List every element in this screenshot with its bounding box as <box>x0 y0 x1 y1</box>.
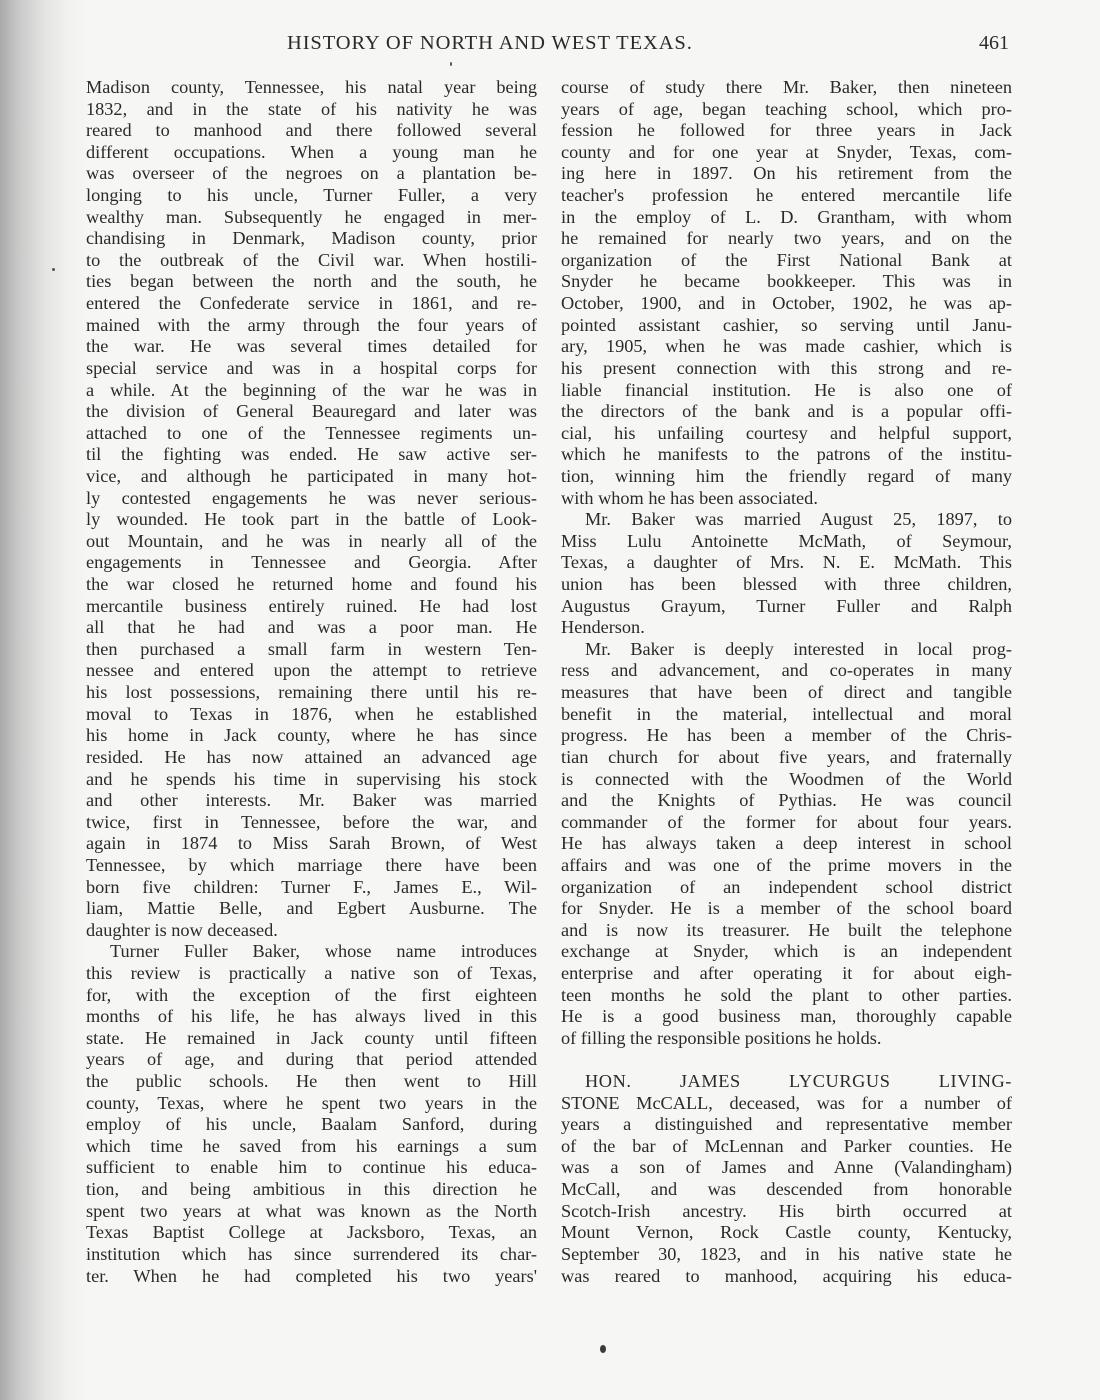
text-line: union has been blessed with three childr… <box>561 574 1012 596</box>
text-line: progress. He has been a member of the Ch… <box>561 725 1012 747</box>
text-line: vice, and although he participated in ma… <box>86 466 537 488</box>
running-header: HISTORY OF NORTH AND WEST TEXAS. 461 <box>0 30 1100 60</box>
text-line: the directors of the bank and is a popul… <box>561 401 1012 423</box>
text-line: entered the Confederate service in 1861,… <box>86 293 537 315</box>
text-line: his present connection with this strong … <box>561 358 1012 380</box>
text-line: the public schools. He then went to Hill <box>86 1071 537 1093</box>
text-line: of filling the responsible positions he … <box>561 1028 1012 1050</box>
text-line: years of age, began teaching school, whi… <box>561 99 1012 121</box>
left-column: Madison county, Tennessee, his natal yea… <box>86 77 537 1287</box>
text-line: was overseer of the negroes on a plantat… <box>86 163 537 185</box>
text-line: chandising in Denmark, Madison county, p… <box>86 228 537 250</box>
scan-edge-shadow <box>0 0 90 1400</box>
text-line: liable financial institution. He is also… <box>561 380 1012 402</box>
text-line: course of study there Mr. Baker, then ni… <box>561 77 1012 99</box>
text-line: pointed assistant cashier, so serving un… <box>561 315 1012 337</box>
text-line: Snyder he became bookkeeper. This was in <box>561 271 1012 293</box>
text-line: county and for one year at Snyder, Texas… <box>561 142 1012 164</box>
text-line: a while. At the beginning of the war he … <box>86 380 537 402</box>
text-line: October, 1900, and in October, 1902, he … <box>561 293 1012 315</box>
text-line: affairs and was one of the prime movers … <box>561 855 1012 877</box>
text-line: ress and advancement, and co-operates in… <box>561 660 1012 682</box>
text-line: again in 1874 to Miss Sarah Brown, of We… <box>86 833 537 855</box>
text-line: special service and was in a hospital co… <box>86 358 537 380</box>
text-line: ter. When he had completed his two years… <box>86 1266 537 1288</box>
scan-speck <box>52 268 55 271</box>
text-line: attached to one of the Tennessee regimen… <box>86 423 537 445</box>
text-line: STONE McCALL, deceased, was for a number… <box>561 1093 1012 1115</box>
text-line: years a distinguished and representative… <box>561 1114 1012 1136</box>
text-line: spent two years at what was known as the… <box>86 1201 537 1223</box>
text-line: Augustus Grayum, Turner Fuller and Ralph <box>561 596 1012 618</box>
text-line: benefit in the material, intellectual an… <box>561 704 1012 726</box>
text-line: he remained for nearly two years, and on… <box>561 228 1012 250</box>
text-line: ly wounded. He took part in the battle o… <box>86 509 537 531</box>
text-line: which he manifests to the patrons of the… <box>561 444 1012 466</box>
scan-speck <box>450 62 452 66</box>
text-line: which time he saved from his earnings a … <box>86 1136 537 1158</box>
text-line: twice, first in Tennessee, before the wa… <box>86 812 537 834</box>
text-line: his lost possessions, remaining there un… <box>86 682 537 704</box>
text-line: exchange at Snyder, which is an independ… <box>561 941 1012 963</box>
text-line: state. He remained in Jack county until … <box>86 1028 537 1050</box>
printer-ornament-icon <box>600 1345 606 1353</box>
text-line: institution which has since surrendered … <box>86 1244 537 1266</box>
text-line: Madison county, Tennessee, his natal yea… <box>86 77 537 99</box>
text-line: daughter is now deceased. <box>86 920 537 942</box>
text-line: He has always taken a deep interest in s… <box>561 833 1012 855</box>
text-line: of the bar of McLennan and Parker counti… <box>561 1136 1012 1158</box>
text-line: his home in Jack county, where he has si… <box>86 725 537 747</box>
running-title: HISTORY OF NORTH AND WEST TEXAS. <box>287 32 693 55</box>
text-line: McCall, and was descended from honorable <box>561 1179 1012 1201</box>
text-line: then purchased a small farm in western T… <box>86 639 537 661</box>
paragraph-start-line: Mr. Baker is deeply interested in local … <box>561 639 1012 661</box>
text-line: months of his life, he has always lived … <box>86 1006 537 1028</box>
text-line: ly contested engagements he was never se… <box>86 488 537 510</box>
text-line: Henderson. <box>561 617 1012 639</box>
text-line: Scotch-Irish ancestry. His birth occurre… <box>561 1201 1012 1223</box>
text-line: out Mountain, and he was in nearly all o… <box>86 531 537 553</box>
text-line: and he spends his time in supervising hi… <box>86 769 537 791</box>
text-line: Texas, a daughter of Mrs. N. E. McMath. … <box>561 552 1012 574</box>
right-column: course of study there Mr. Baker, then ni… <box>561 77 1012 1287</box>
text-line: and other interests. Mr. Baker was marri… <box>86 790 537 812</box>
section-spacer <box>561 1049 1012 1071</box>
text-line: 1832, and in the state of his nativity h… <box>86 99 537 121</box>
biography-heading-line: HON. JAMES LYCURGUS LIVING- <box>561 1071 1012 1093</box>
text-line: til the fighting was ended. He saw activ… <box>86 444 537 466</box>
text-line: the war. He was several times detailed f… <box>86 336 537 358</box>
text-line: Mount Vernon, Rock Castle county, Kentuc… <box>561 1222 1012 1244</box>
text-line: tion, winning him the friendly regard of… <box>561 466 1012 488</box>
text-line: liam, Mattie Belle, and Egbert Ausburne.… <box>86 898 537 920</box>
text-line: organization of an independent school di… <box>561 877 1012 899</box>
text-line: employ of his uncle, Baalam Sanford, dur… <box>86 1114 537 1136</box>
text-line: resided. He has now attained an advanced… <box>86 747 537 769</box>
text-line: is connected with the Woodmen of the Wor… <box>561 769 1012 791</box>
text-line: reared to manhood and there followed sev… <box>86 120 537 142</box>
text-line: in the employ of L. D. Grantham, with wh… <box>561 207 1012 229</box>
text-line: fession he followed for three years in J… <box>561 120 1012 142</box>
text-line: Miss Lulu Antoinette McMath, of Seymour, <box>561 531 1012 553</box>
text-line: was a son of James and Anne (Valandingha… <box>561 1157 1012 1179</box>
text-line: tian church for about five years, and fr… <box>561 747 1012 769</box>
text-line: sufficient to enable him to continue his… <box>86 1157 537 1179</box>
text-line: commander of the former for about four y… <box>561 812 1012 834</box>
text-line: ties began between the north and the sou… <box>86 271 537 293</box>
text-line: was reared to manhood, acquiring his edu… <box>561 1266 1012 1288</box>
text-line: wealthy man. Subsequently he engaged in … <box>86 207 537 229</box>
text-line: county, Texas, where he spent two years … <box>86 1093 537 1115</box>
text-line: all that he had and was a poor man. He <box>86 617 537 639</box>
text-line: ary, 1905, when he was made cashier, whi… <box>561 336 1012 358</box>
text-line: organization of the First National Bank … <box>561 250 1012 272</box>
text-line: and the Knights of Pythias. He was counc… <box>561 790 1012 812</box>
text-line: the war closed he returned home and foun… <box>86 574 537 596</box>
text-line: born five children: Turner F., James E.,… <box>86 877 537 899</box>
text-line: He is a good business man, thoroughly ca… <box>561 1006 1012 1028</box>
text-line: different occupations. When a young man … <box>86 142 537 164</box>
text-line: teen months he sold the plant to other p… <box>561 985 1012 1007</box>
text-line: for Snyder. He is a member of the school… <box>561 898 1012 920</box>
paragraph-start-line: Mr. Baker was married August 25, 1897, t… <box>561 509 1012 531</box>
text-line: and is now its treasurer. He built the t… <box>561 920 1012 942</box>
text-line: for, with the exception of the first eig… <box>86 985 537 1007</box>
text-line: longing to his uncle, Turner Fuller, a v… <box>86 185 537 207</box>
text-line: tion, and being ambitious in this direct… <box>86 1179 537 1201</box>
text-line: the division of General Beauregard and l… <box>86 401 537 423</box>
text-line: engagements in Tennessee and Georgia. Af… <box>86 552 537 574</box>
text-line: mained with the army through the four ye… <box>86 315 537 337</box>
text-line: to the outbreak of the Civil war. When h… <box>86 250 537 272</box>
paragraph-start-line: Turner Fuller Baker, whose name introduc… <box>86 941 537 963</box>
text-line: ing here in 1897. On his retirement from… <box>561 163 1012 185</box>
text-line: enterprise and after operating it for ab… <box>561 963 1012 985</box>
text-line: years of age, and during that period att… <box>86 1049 537 1071</box>
page-number: 461 <box>979 32 1009 55</box>
text-line: Texas Baptist College at Jacksboro, Texa… <box>86 1222 537 1244</box>
text-line: mercantile business entirely ruined. He … <box>86 596 537 618</box>
text-line: teacher's profession he entered mercanti… <box>561 185 1012 207</box>
text-line: September 30, 1823, and in his native st… <box>561 1244 1012 1266</box>
text-line: this review is practically a native son … <box>86 963 537 985</box>
text-line: nessee and entered upon the attempt to r… <box>86 660 537 682</box>
text-line: Tennessee, by which marriage there have … <box>86 855 537 877</box>
text-line: moval to Texas in 1876, when he establis… <box>86 704 537 726</box>
text-line: measures that have been of direct and ta… <box>561 682 1012 704</box>
text-line: cial, his unfailing courtesy and helpful… <box>561 423 1012 445</box>
text-line: with whom he has been associated. <box>561 488 1012 510</box>
